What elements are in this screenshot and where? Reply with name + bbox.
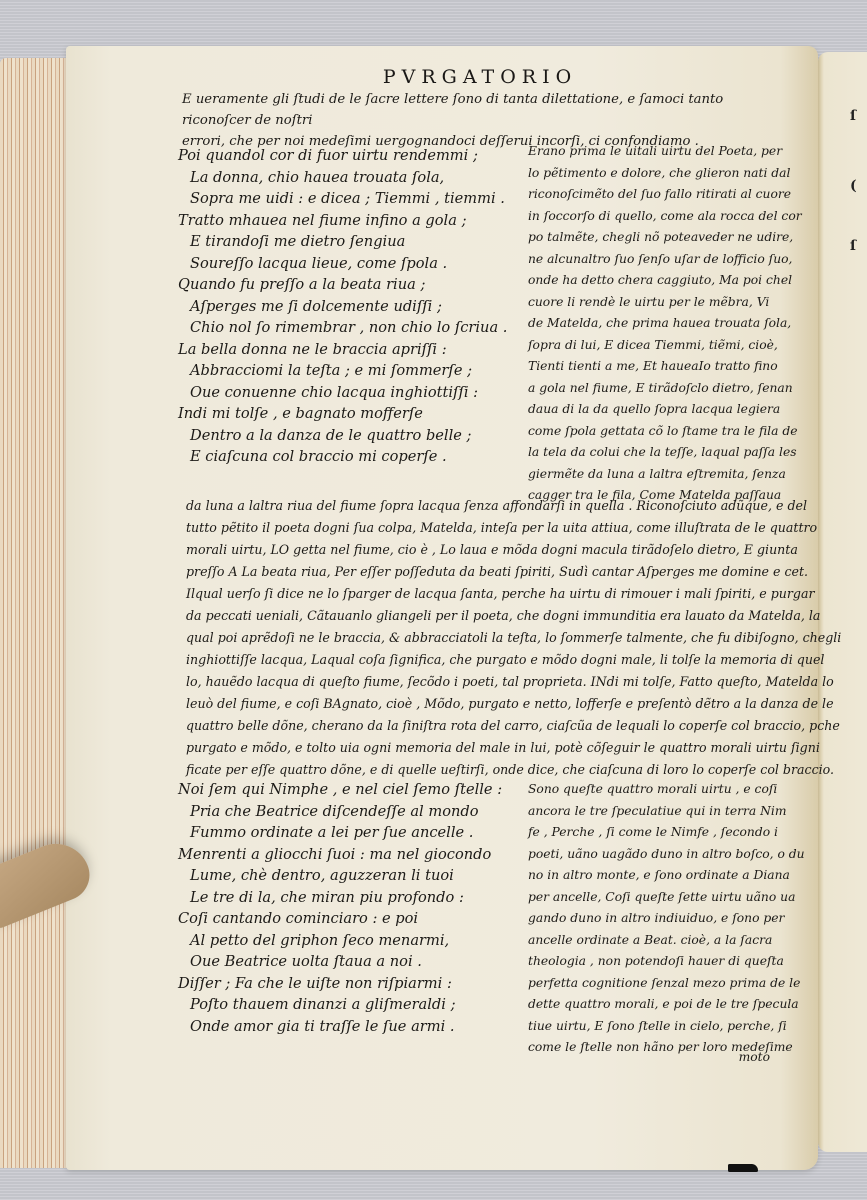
gloss-block-2: Sono queſte quattro morali uirtu , e coſ… bbox=[528, 779, 776, 1059]
page-edges bbox=[0, 58, 70, 1168]
commentary-line: lo, hauẽdo lacqua di queſto fiume, ſecõd… bbox=[186, 671, 778, 693]
gloss-line: Erano prima le uitali uirtu del Poeta, p… bbox=[528, 141, 776, 163]
catchword: moto bbox=[690, 1050, 770, 1064]
verse-line: Noi ſem qui Nimphe , e nel ciel ſemo ſte… bbox=[178, 779, 502, 801]
commentary-line: quattro belle dõne, cherano da la ſiniſt… bbox=[186, 715, 778, 737]
gloss-line: dette quattro morali, e poi de le tre ſp… bbox=[528, 994, 776, 1016]
gloss-line: cuore li rendè le uirtu per le mẽbra, Vi bbox=[528, 292, 776, 314]
verse-line: Oue conuenne chio lacqua inghiottiſſi : bbox=[178, 382, 507, 404]
gloss-line: onde ha detto chera caggiuto, Ma poi che… bbox=[528, 270, 776, 292]
gloss-line: daua di la da quello ſopra lacqua legier… bbox=[528, 399, 776, 421]
verse-line: Poſto thauem dinanzi a gliſmeraldi ; bbox=[178, 994, 502, 1016]
gloss-line: no in altro monte, e ſono ordinate a Dia… bbox=[528, 865, 776, 887]
commentary-line: ficate per eſſe quattro dõne, e di quell… bbox=[186, 759, 778, 781]
gloss-line: fe , Perche , ſi come le Nimfe , ſecondo… bbox=[528, 822, 776, 844]
commentary-block: da luna a laltra riua del fiume ſopra la… bbox=[186, 495, 778, 781]
verse-line: La donna, chio hauea trouata ſola, bbox=[178, 167, 507, 189]
verse-line: Sopra me uidi : e dicea ; Tiemmi , tiemm… bbox=[178, 188, 507, 210]
commentary-line: qual poi aprẽdoſi ne le braccia, & abbra… bbox=[186, 627, 778, 649]
verse-line: Coſi cantando cominciaro : e poi bbox=[178, 908, 502, 930]
gloss-line: gando duno in altro indiuiduo, e ſono pe… bbox=[528, 908, 776, 930]
gloss-line: po talmẽte, chegli nõ poteaveder ne udir… bbox=[528, 227, 776, 249]
commentary-line: purgato e mõdo, e tolto uia ogni memoria… bbox=[186, 737, 778, 759]
gloss-line: a gola nel fiume, E tirãdoſclo dietro, ſ… bbox=[528, 378, 776, 400]
gloss-line: ancelle ordinate a Beat. cioè, a la ſacr… bbox=[528, 930, 776, 952]
verse-block-2: Noi ſem qui Nimphe , e nel ciel ſemo ſte… bbox=[178, 779, 502, 1037]
page-clip bbox=[728, 1164, 758, 1172]
intro-line: E ueramente gli ſtudi de le ſacre letter… bbox=[182, 89, 782, 131]
verse-line: Chio nol ſo rimembrar , non chio lo ſcri… bbox=[178, 317, 507, 339]
gloss-line: perfetta cognitione ſenzal mezo prima de… bbox=[528, 973, 776, 995]
verse-line: Tratto mhauea nel fiume infino a gola ; bbox=[178, 210, 507, 232]
running-head: PVRGATORIO bbox=[300, 66, 660, 88]
facing-page-fragment: ſ bbox=[850, 238, 856, 254]
verse-line: Oue Beatrice uolta ſtaua a noi . bbox=[178, 951, 502, 973]
gloss-line: ne alcunaltro ſuo ſenſo uſar de lofficio… bbox=[528, 249, 776, 271]
gloss-line: poeti, uãno uagãdo duno in altro boſco, … bbox=[528, 844, 776, 866]
gloss-line: Sono queſte quattro morali uirtu , e coſ… bbox=[528, 779, 776, 801]
verse-line: Dentro a la danza de le quattro belle ; bbox=[178, 425, 507, 447]
facing-page-fragment: ſ bbox=[850, 108, 856, 124]
commentary-line: Ilqual uerſo ſi dice ne lo ſparger de la… bbox=[186, 583, 778, 605]
gloss-line: de Matelda, che prima hauea trouata ſola… bbox=[528, 313, 776, 335]
commentary-line: inghiottiſſe lacqua, Laqual coſa ſignifi… bbox=[186, 649, 778, 671]
verse-line: Indi mi tolſe , e bagnato mofferſe bbox=[178, 403, 507, 425]
gloss-line: riconoſcimẽto del ſuo fallo ritirati al … bbox=[528, 184, 776, 206]
verse-line: Soureſſo lacqua lieue, come ſpola . bbox=[178, 253, 507, 275]
verse-line: Lume, chè dentro, aguzzeran li tuoi bbox=[178, 865, 502, 887]
verse-line: Abbracciomi la teſta ; e mi ſommerſe ; bbox=[178, 360, 507, 382]
gloss-line: ſopra di lui, E dicea Tiemmi, tiẽmi, cio… bbox=[528, 335, 776, 357]
verse-line: La bella donna ne le braccia apriſſi : bbox=[178, 339, 507, 361]
commentary-line: preſſo A La beata riua, Per eſſer poſſed… bbox=[186, 561, 778, 583]
commentary-line: tutto pẽtito il poeta dogni ſua colpa, M… bbox=[186, 517, 778, 539]
verse-line: Fummo ordinate a lei per ſue ancelle . bbox=[178, 822, 502, 844]
verse-line: Pria che Beatrice diſcendeſſe al mondo bbox=[178, 801, 502, 823]
gloss-line: per ancelle, Coſi queſte ſette uirtu uãn… bbox=[528, 887, 776, 909]
verse-line: Onde amor gia ti traſſe le ſue armi . bbox=[178, 1016, 502, 1038]
commentary-line: da luna a laltra riua del fiume ſopra la… bbox=[186, 495, 778, 517]
gloss-block-1: Erano prima le uitali uirtu del Poeta, p… bbox=[528, 141, 776, 507]
gloss-line: theologia , non potendoſi hauer di queſt… bbox=[528, 951, 776, 973]
verse-line: Menrenti a gliocchi ſuoi : ma nel giocon… bbox=[178, 844, 502, 866]
verse-line: E tirandoſi me dietro ſengiua bbox=[178, 231, 507, 253]
facing-page-fragment: ( bbox=[850, 178, 857, 194]
verse-line: Aſperges me ſi dolcemente udiſſi ; bbox=[178, 296, 507, 318]
facing-page: ſ ( ſ bbox=[818, 52, 867, 1152]
gloss-line: in ſoccorſo di quello, come ala rocca de… bbox=[528, 206, 776, 228]
gloss-line: Tienti tienti a me, Et haueaIo tratto fi… bbox=[528, 356, 776, 378]
gloss-line: giermẽte da luna a laltra eſtremita, ſen… bbox=[528, 464, 776, 486]
gloss-line: tiue uirtu, E ſono ſtelle in cielo, perc… bbox=[528, 1016, 776, 1038]
gloss-line: come ſpola gettata cõ lo ſtame tra le fi… bbox=[528, 421, 776, 443]
verse-line: Poi quandol cor di fuor uirtu rendemmi ; bbox=[178, 145, 507, 167]
verse-line: Quando fu preſſo a la beata riua ; bbox=[178, 274, 507, 296]
verse-block-1: Poi quandol cor di fuor uirtu rendemmi ;… bbox=[178, 145, 507, 468]
gloss-line: lo pẽtimento e dolore, che glieron nati … bbox=[528, 163, 776, 185]
verse-line: Al petto del griphon ſeco menarmi, bbox=[178, 930, 502, 952]
commentary-line: da peccati ueniali, Cãtauanlo gliangeli … bbox=[186, 605, 778, 627]
verse-line: Diſſer ; Fa che le uiſte non riſpiarmi : bbox=[178, 973, 502, 995]
verse-line: Le tre di la, che miran piu profondo : bbox=[178, 887, 502, 909]
gloss-line: la tela da colui che la teſſe, laqual pa… bbox=[528, 442, 776, 464]
commentary-line: morali uirtu, LO getta nel fiume, cio è … bbox=[186, 539, 778, 561]
verse-line: E ciaſcuna col braccio mi coperſe . bbox=[178, 446, 507, 468]
commentary-line: leuò del fiume, e coſi BAgnato, cioè , M… bbox=[186, 693, 778, 715]
gloss-line: ancora le tre ſpeculatiue qui in terra N… bbox=[528, 801, 776, 823]
